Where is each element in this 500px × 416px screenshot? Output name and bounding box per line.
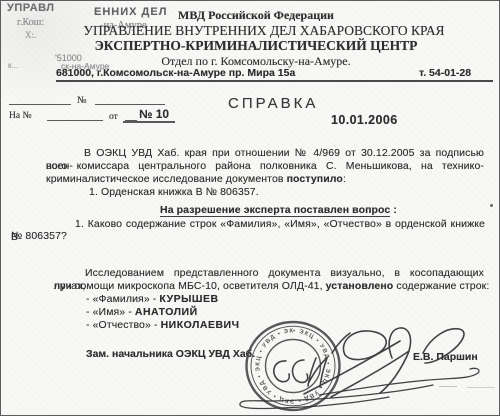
question-line: 1. Каково содержание строк «Фамилия», «И… (11, 218, 485, 244)
number-sign-label: № (77, 95, 87, 106)
ot-label: от (109, 112, 118, 122)
finding-row: - «Фамилия» - КУРЫШЕВ (86, 293, 219, 306)
finding-value: НИКОЛАЕВИЧ (161, 319, 240, 331)
center-name: ЭКСПЕРТНО-КРИМИНАЛИСТИЧЕСКИЙ ЦЕНТР (31, 38, 481, 54)
document-date: 10.01.2006 (331, 113, 398, 127)
question-heading-colon: : (390, 204, 397, 216)
blank-line (47, 120, 103, 121)
signature-scrawl (240, 328, 479, 409)
finding-label: - «Имя» - (86, 306, 135, 318)
ghost-text-fragment: к... (8, 61, 18, 70)
signer-position: Зам. начальника ОЭКЦ УВД Хаб. (86, 348, 255, 360)
signer-name: Е.В. Паршин (413, 351, 478, 363)
finding-value: КУРЫШЕВ (159, 293, 218, 305)
blank-line (95, 104, 165, 105)
document-number: № 10 (139, 107, 169, 121)
findings-bold-word: установлено (326, 280, 394, 292)
scan-noise-mark (439, 386, 457, 387)
intro-text: : (343, 173, 346, 185)
finding-row: - «Имя» - АНАТОЛИЙ (86, 306, 198, 319)
question-line: № 806357? (11, 230, 67, 243)
document-title: СПРАВКА (228, 95, 318, 112)
intro-line: криминалистическое исследование документ… (46, 173, 346, 186)
findings-text: содержание строк: (393, 280, 489, 292)
scan-noise-mark (467, 387, 495, 388)
blank-line (9, 104, 71, 105)
finding-label: - «Фамилия» - (86, 293, 159, 305)
address-line: 681000, г.Комсомольск-на-Амуре пр. Мира … (56, 67, 295, 79)
findings-text: при помощи микроскопа МБС-10, осветителя… (54, 280, 326, 292)
phone-number: т. 54-01-28 (419, 67, 471, 79)
intro-bold-word: поступило (287, 173, 343, 185)
intro-item: 1. Орденская книжка В № 806357. (89, 186, 259, 199)
question-heading-row: На разрешение эксперта поставлен вопрос … (56, 204, 500, 217)
document-number-underline (123, 121, 175, 123)
question-heading: На разрешение эксперта поставлен вопрос (160, 204, 390, 217)
document-page: УПРАВЛ ЕННИХ ДЕЛ г.Кош: -на-Амуре Х:. '5… (0, 0, 500, 416)
finding-row: - «Отчество» - НИКОЛАЕВИЧ (86, 319, 239, 332)
ministry-name: МВД Российской Федерации (31, 8, 481, 23)
intro-text: криминалистическое исследование документ… (46, 173, 287, 185)
finding-value: АНАТОЛИЙ (135, 306, 198, 318)
letterhead-divider (56, 80, 493, 82)
na-number-label: На № (9, 111, 32, 121)
finding-label: - «Отчество» - (86, 319, 161, 331)
findings-line: при помощи микроскопа МБС-10, осветителя… (54, 280, 489, 293)
dust-speck (490, 204, 493, 207)
intro-line: ного комиссара центрального района полко… (46, 160, 484, 173)
department-name: УПРАВЛЕНИЕ ВНУТРЕННИХ ДЕЛ ХАБАРОВСКОГО К… (39, 23, 489, 39)
